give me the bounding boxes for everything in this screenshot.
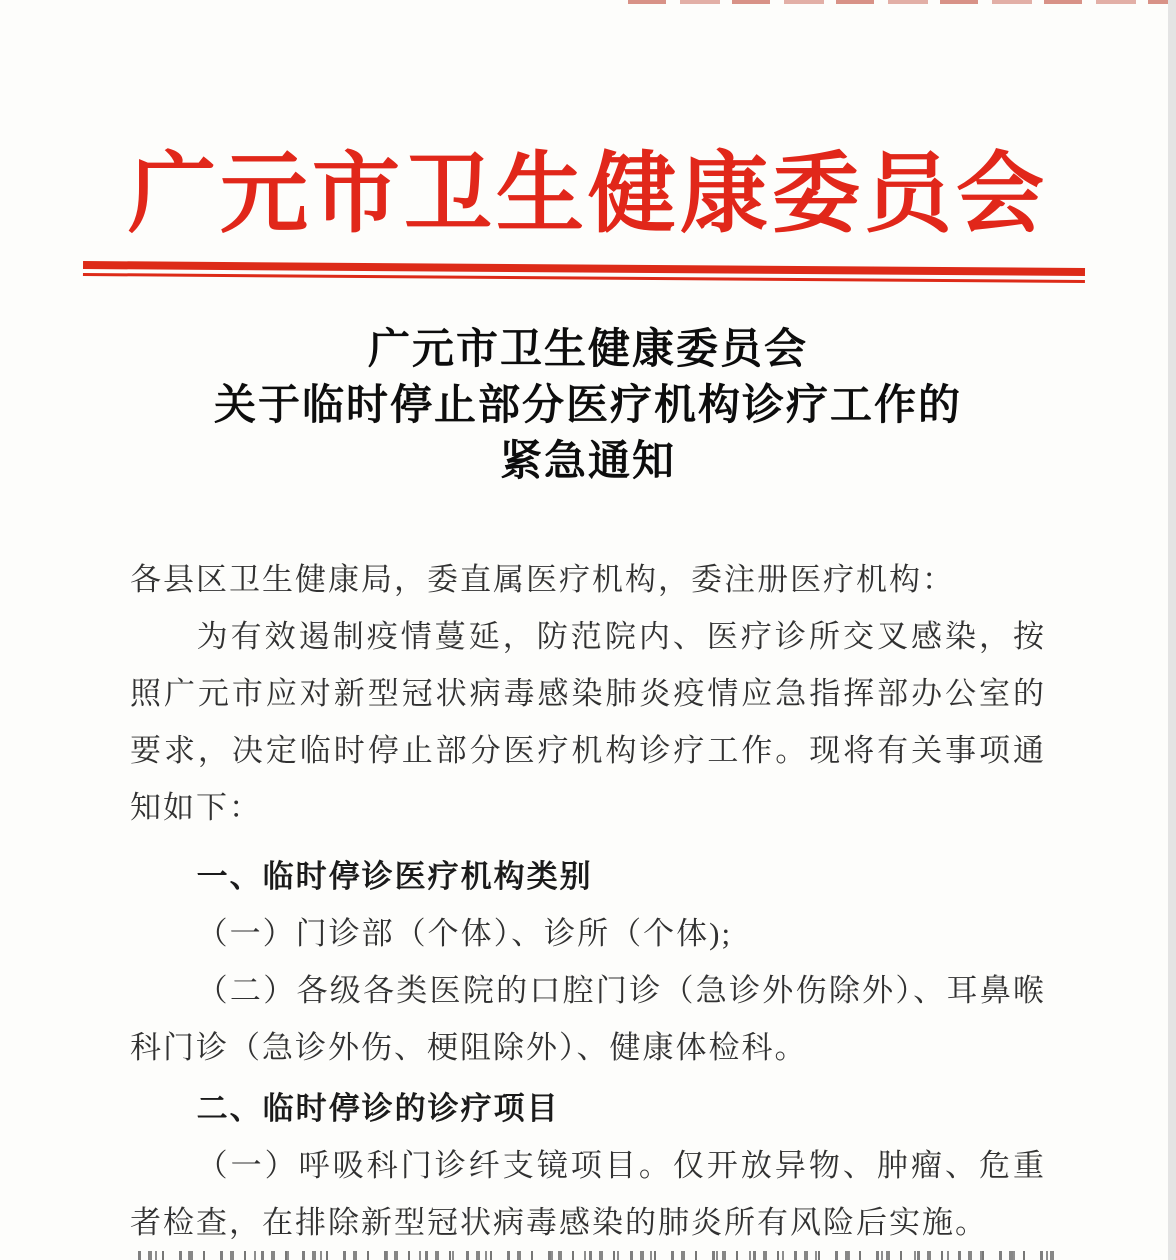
document-body: 各县区卫生健康局，委直属医疗机构，委注册医疗机构： 为有效遏制疫情蔓延，防范院内… [130, 551, 1046, 1251]
section-2-item-1: （一）呼吸科门诊纤支镜项目。仅开放异物、肿瘤、危重者检查，在排除新型冠状病毒感染… [130, 1137, 1046, 1251]
scanned-document-page: 广元市卫生健康委员会 广元市卫生健康委员会 关于临时停止部分医疗机构诊疗工作的 … [0, 0, 1176, 1260]
document-title-line-2: 关于临时停止部分医疗机构诊疗工作的 [0, 378, 1176, 434]
section-1-heading: 一、临时停诊医疗机构类别 [130, 848, 1046, 905]
section-2-heading: 二、临时停诊的诊疗项目 [130, 1080, 1046, 1137]
section-1-item-1: （一）门诊部（个体）、诊所（个体); [130, 905, 1046, 962]
clipped-next-line-fragments [138, 1251, 1062, 1260]
document-title-line-1: 广元市卫生健康委员会 [0, 322, 1176, 378]
intro-paragraph: 为有效遏制疫情蔓延，防范院内、医疗诊所交叉感染，按照广元市应对新型冠状病毒感染肺… [130, 608, 1046, 836]
document-title: 广元市卫生健康委员会 关于临时停止部分医疗机构诊疗工作的 紧急通知 [0, 322, 1176, 490]
document-title-line-3: 紧急通知 [0, 434, 1176, 490]
scan-artifact-top-edge [628, 0, 1174, 4]
letterhead-double-rule [83, 261, 1085, 283]
salutation-line: 各县区卫生健康局，委直属医疗机构，委注册医疗机构： [130, 551, 1046, 608]
letterhead-org-name: 广元市卫生健康委员会 [0, 148, 1176, 243]
section-1-item-2: （二）各级各类医院的口腔门诊（急诊外伤除外）、耳鼻喉科门诊（急诊外伤、梗阻除外）… [130, 962, 1046, 1076]
